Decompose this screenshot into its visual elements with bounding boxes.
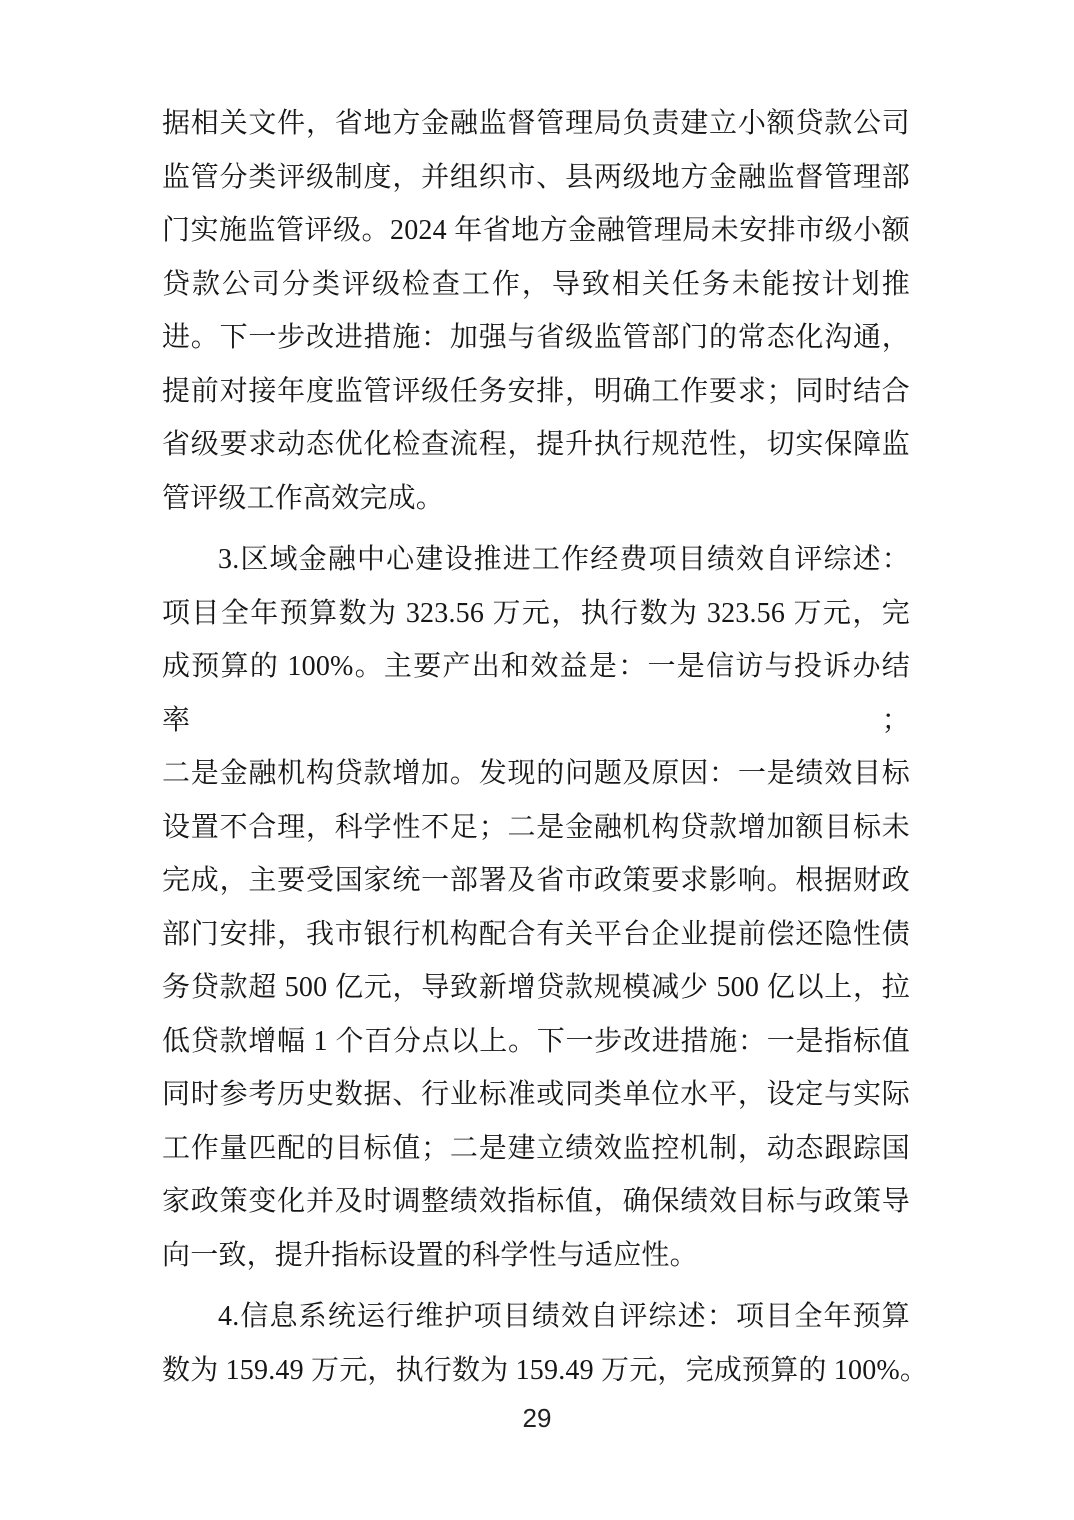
text-line: 向一致，提升指标设置的科学性与适应性。	[162, 1229, 910, 1283]
text-line: 3.区域金融中心建设推进工作经费项目绩效自评综述：	[162, 533, 910, 587]
text-line: 据相关文件，省地方金融监督管理局负责建立小额贷款公司	[162, 97, 910, 151]
text-line: 部门安排，我市银行机构配合有关平台企业提前偿还隐性债	[162, 908, 910, 962]
text-line: 项目全年预算数为 323.56 万元，执行数为 323.56 万元，完	[162, 587, 910, 641]
text-line: 贷款公司分类评级检查工作，导致相关任务未能按计划推	[162, 258, 910, 312]
text-line: 门实施监管评级。2024 年省地方金融管理局未安排市级小额	[162, 204, 910, 258]
text-line: 同时参考历史数据、行业标准或同类单位水平，设定与实际	[162, 1068, 910, 1122]
text-line: 管评级工作高效完成。	[162, 472, 910, 526]
page-text-block: 据相关文件，省地方金融监督管理局负责建立小额贷款公司 监管分类评级制度，并组织市…	[162, 97, 910, 1397]
text-line: 数为 159.49 万元，执行数为 159.49 万元，完成预算的 100%。	[162, 1344, 910, 1398]
text-line: 成预算的 100%。主要产出和效益是：一是信访与投诉办结率；	[162, 640, 910, 747]
text-line: 设置不合理，科学性不足；二是金融机构贷款增加额目标未	[162, 801, 910, 855]
text-line: 家政策变化并及时调整绩效指标值，确保绩效目标与政策导	[162, 1175, 910, 1229]
page-number: 29	[0, 1403, 1074, 1434]
paragraph: 3.区域金融中心建设推进工作经费项目绩效自评综述： 项目全年预算数为 323.5…	[162, 533, 910, 1282]
text-line: 低贷款增幅 1 个百分点以上。下一步改进措施：一是指标值	[162, 1015, 910, 1069]
text-line: 完成，主要受国家统一部署及省市政策要求影响。根据财政	[162, 854, 910, 908]
document-page: 据相关文件，省地方金融监督管理局负责建立小额贷款公司 监管分类评级制度，并组织市…	[0, 0, 1074, 1520]
text-line: 务贷款超 500 亿元，导致新增贷款规模减少 500 亿以上，拉	[162, 961, 910, 1015]
text-line: 4.信息系统运行维护项目绩效自评综述：项目全年预算	[162, 1290, 910, 1344]
text-line: 工作量匹配的目标值；二是建立绩效监控机制，动态跟踪国	[162, 1122, 910, 1176]
text-line: 二是金融机构贷款增加。发现的问题及原因：一是绩效目标	[162, 747, 910, 801]
paragraph: 据相关文件，省地方金融监督管理局负责建立小额贷款公司 监管分类评级制度，并组织市…	[162, 97, 910, 525]
text-line: 省级要求动态优化检查流程，提升执行规范性，切实保障监	[162, 418, 910, 472]
text-line: 提前对接年度监管评级任务安排，明确工作要求；同时结合	[162, 365, 910, 419]
text-line: 进。下一步改进措施：加强与省级监管部门的常态化沟通，	[162, 311, 910, 365]
paragraph: 4.信息系统运行维护项目绩效自评综述：项目全年预算 数为 159.49 万元，执…	[162, 1290, 910, 1397]
text-line: 监管分类评级制度，并组织市、县两级地方金融监督管理部	[162, 151, 910, 205]
